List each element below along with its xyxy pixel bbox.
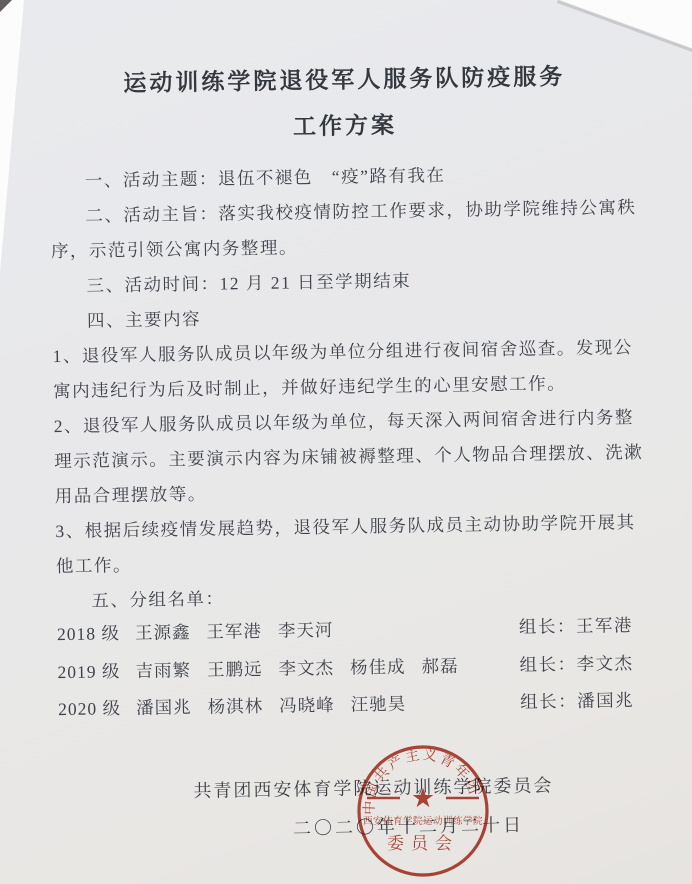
member-name: 李天河 [278,617,334,643]
roster-grade: 2020 级 [58,695,136,721]
document-title-line1: 运动训练学院退役军人服务队防疫服务 [48,53,641,108]
roster-grade: 2019 级 [57,657,135,683]
paragraph: 2、退役军人服务队成员以年级为单位，每天深入两间宿舍进行内务整理示范演示。主要演… [53,400,647,514]
member-name: 冯晓峰 [279,692,335,718]
member-name: 王源鑫 [135,619,191,645]
group-leader: 组长：潘国兆 [520,687,650,714]
roster-grade: 2018 级 [57,620,135,646]
document-content: 运动训练学院退役军人服务队防疫服务 工作方案 一、活动主题：退伍不褪色 “疫”路… [0,0,692,884]
photographed-document: 运动训练学院退役军人服务队防疫服务 工作方案 一、活动主题：退伍不褪色 “疫”路… [0,0,692,884]
member-name: 郝磊 [421,652,458,678]
roster-row: 2020 级潘国兆杨淇林冯晓峰汪驰昊组长：潘国兆 [58,687,651,734]
roster-list: 2018 级王源鑫王军港李天河组长：王军港2019 级吉雨繁王鹏远李文杰杨佳成郝… [57,612,651,734]
roster-members: 吉雨繁王鹏远李文杰杨佳成郝磊 [135,652,458,682]
member-name: 李文杰 [278,654,334,680]
paragraph: 1、退役军人服务队成员以年级为单位分组进行夜间宿舍巡查。发现公寓内违纪行为后及时… [52,330,645,409]
member-name: 王鹏远 [207,655,263,681]
paragraph: 二、活动主旨：落实我校疫情防控工作要求，协助学院维持公寓秩序，示范引领公寓内务整… [50,190,643,269]
paragraph: 3、根据后续疫情发展趋势，退役军人服务队成员主动协助学院开展其他工作。 [55,505,648,584]
member-name: 王军港 [206,618,262,644]
issue-date: 二〇二〇年十二月二十日 [60,802,653,851]
document-title-line2: 工作方案 [49,99,642,154]
member-name: 杨佳成 [350,653,406,679]
member-name: 汪驰昊 [350,691,406,717]
member-name: 潘国兆 [136,694,192,720]
member-name: 杨淇林 [207,693,263,719]
member-name: 吉雨繁 [135,657,191,683]
group-leader: 组长：王军港 [519,612,649,639]
signature-block: 共青团西安体育学院运动训练学院委员会 二〇二〇年十二月二十日 [59,764,652,851]
group-leader: 组长：李文杰 [519,649,649,676]
roster-members: 王源鑫王军港李天河 [135,617,334,645]
body-paragraphs: 一、活动主题：退伍不褪色 “疫”路有我在二、活动主旨：落实我校疫情防控工作要求，… [50,155,649,619]
roster-members: 潘国兆杨淇林冯晓峰汪驰昊 [136,691,406,720]
